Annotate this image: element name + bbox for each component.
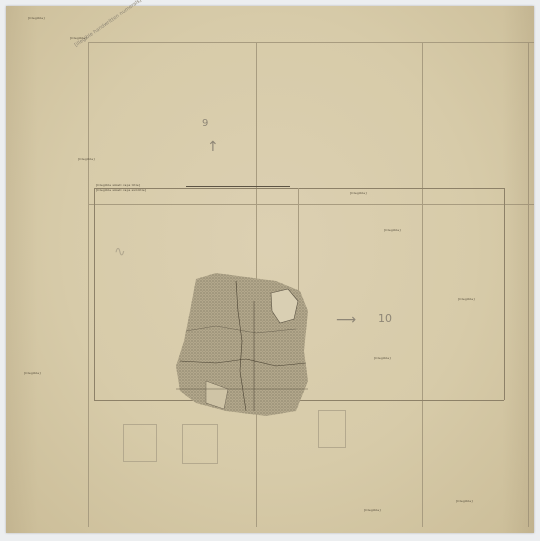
east-marker-label: 10 [378, 312, 392, 325]
north-marker: 9 [202, 118, 208, 129]
margin-label: [illegible] [384, 229, 401, 232]
inner-frame-left [94, 188, 95, 400]
sketch-box-1 [123, 424, 157, 462]
frame-col-line-2 [422, 42, 423, 527]
margin-label: [illegible] [350, 192, 367, 195]
frame-top-line [88, 42, 534, 43]
inset-topographic-map [176, 271, 308, 416]
east-arrow-icon: ⟶ [336, 312, 356, 328]
top-left-annotation: [illegible] [28, 17, 45, 20]
map-sheet: [illegible] [illegible handwritten numer… [6, 6, 534, 533]
margin-label: [illegible] [374, 357, 391, 360]
north-marker-label: 9 [202, 118, 208, 129]
margin-label: [illegible] [78, 158, 95, 161]
margin-label: [illegible] [24, 372, 41, 375]
inset-map-artwork [176, 271, 308, 416]
frame-right-line [528, 42, 529, 527]
east-marker: 10 [378, 312, 392, 325]
frame-mid-line [88, 204, 534, 205]
inner-frame-top [94, 188, 504, 189]
margin-label: [illegible] [364, 509, 381, 512]
sketch-box-2 [182, 424, 218, 464]
frame-coordinate-label: [illegible] [70, 37, 87, 40]
margin-label: [illegible] [458, 298, 475, 301]
margin-label: [illegible] [456, 500, 473, 503]
sketch-box-3 [318, 410, 346, 448]
scale-bar [186, 186, 290, 187]
title-block-line-1: [illegible small caps title] [96, 184, 140, 187]
title-block-line-2: [illegible small caps subtitle] [96, 189, 146, 192]
frame-left-line [88, 42, 89, 527]
inner-frame-right [504, 188, 505, 400]
north-arrow-icon: ↑ [207, 139, 219, 155]
pencil-sketch: ∿ [114, 244, 126, 260]
